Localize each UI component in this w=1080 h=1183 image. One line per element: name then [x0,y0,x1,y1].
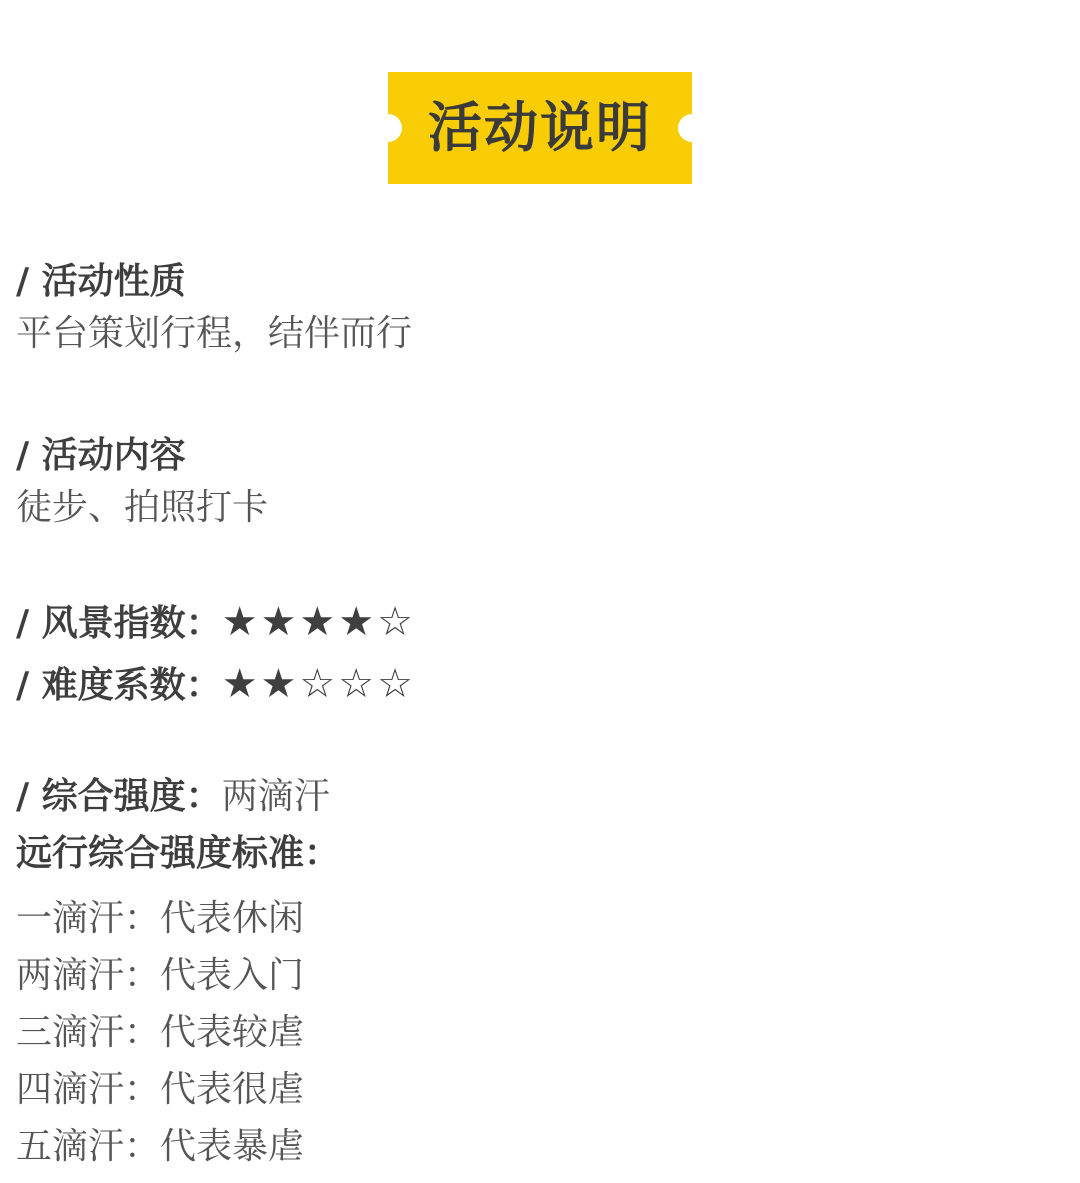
section-activity-nature: / 活动性质 平台策划行程，结伴而行 [16,256,1064,360]
intensity-levels-list: 一滴汗：代表休闲 两滴汗：代表入门 三滴汗：代表较虐 四滴汗：代表很虐 五滴汗：… [16,890,1064,1175]
intensity-level-item: 三滴汗：代表较虐 [16,1004,1064,1061]
activity-description-body: / 活动性质 平台策划行程，结伴而行 / 活动内容 徒步、拍照打卡 / 风景指数… [0,256,1080,1175]
scenery-rating-row: / 风景指数：★★★★☆ [16,592,1064,654]
intensity-level-item: 五滴汗：代表暴虐 [16,1118,1064,1175]
difficulty-star-rating: ★★☆☆☆ [222,661,416,707]
ticket-notch-right-icon [678,114,706,142]
ticket-notch-left-icon [374,114,402,142]
intensity-row: / 综合强度：两滴汗 [16,768,1064,825]
section-activity-content: / 活动内容 徒步、拍照打卡 [16,430,1064,534]
activity-nature-heading: / 活动性质 [16,256,1064,308]
banner-row: 活动说明 [0,72,1080,184]
intensity-level-item: 两滴汗：代表入门 [16,947,1064,1004]
ticket-banner: 活动说明 [388,72,692,184]
difficulty-rating-row: / 难度系数：★★☆☆☆ [16,654,1064,716]
intensity-standard-heading: 远行综合强度标准： [16,825,1064,882]
section-ratings: / 风景指数：★★★★☆ / 难度系数：★★☆☆☆ [16,592,1064,716]
banner-title: 活动说明 [428,96,652,159]
scenery-rating-label: / 风景指数： [16,603,222,644]
intensity-value: 两滴汗 [222,776,330,817]
activity-content-text: 徒步、拍照打卡 [16,482,1064,534]
intensity-level-item: 四滴汗：代表很虐 [16,1061,1064,1118]
section-intensity: / 综合强度：两滴汗 远行综合强度标准： 一滴汗：代表休闲 两滴汗：代表入门 三… [16,768,1064,1175]
activity-nature-text: 平台策划行程，结伴而行 [16,308,1064,360]
difficulty-rating-label: / 难度系数： [16,665,222,706]
activity-content-heading: / 活动内容 [16,430,1064,482]
intensity-label: / 综合强度： [16,776,222,817]
scenery-star-rating: ★★★★☆ [222,599,416,645]
intensity-level-item: 一滴汗：代表休闲 [16,890,1064,947]
